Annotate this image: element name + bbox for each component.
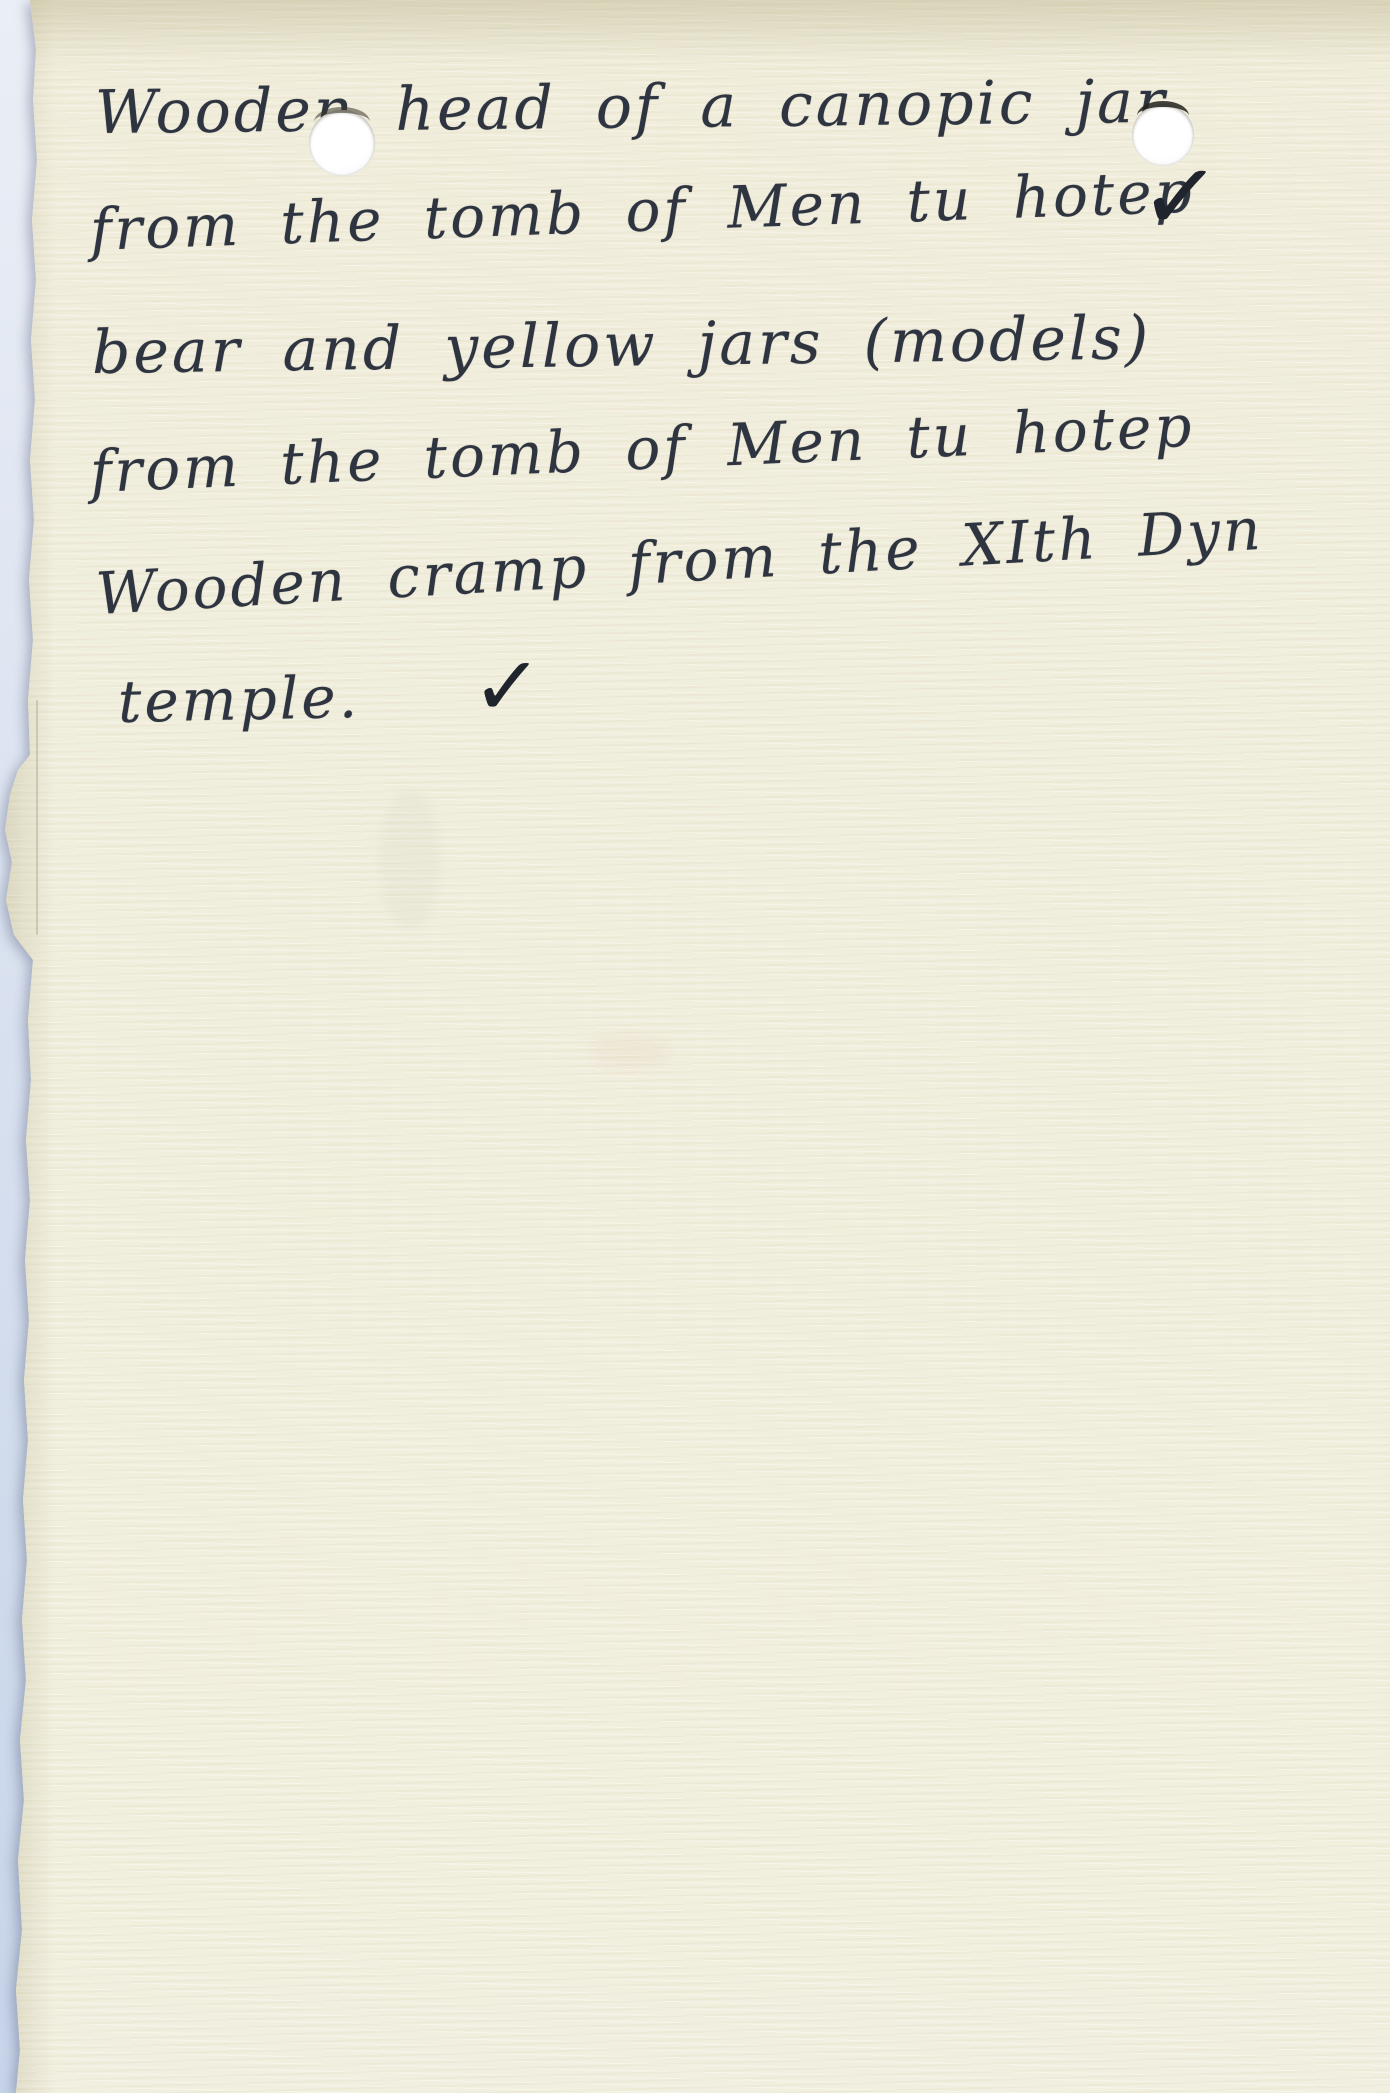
handwritten-line-6: temple.	[117, 663, 360, 736]
ink-smudge	[380, 790, 440, 930]
handwritten-line-3: bear and yellow jars (models)	[92, 303, 1152, 388]
check-mark-icon: ✓	[470, 636, 544, 736]
punch-hole-rim	[314, 107, 370, 137]
paper-sheet: Wooden head of a canopic jar from the to…	[0, 0, 1390, 2093]
punch-hole-left	[309, 110, 375, 176]
handwritten-line-4: from the tomb of Men tu hotep	[89, 392, 1196, 506]
punch-hole-rim	[1137, 101, 1189, 131]
handwritten-line-1: Wooden head of a canopic jar	[95, 67, 1168, 148]
handwritten-line-5: Wooden cramp from the XIth Dyn	[94, 495, 1265, 628]
paper-sheet-wrapper: Wooden head of a canopic jar from the to…	[0, 0, 1390, 2093]
ink-smudge	[590, 1035, 670, 1069]
scanner-background: Wooden head of a canopic jar from the to…	[0, 0, 1390, 2093]
punch-hole-right	[1132, 104, 1194, 166]
handwritten-line-2: from the tomb of Men tu hotep	[89, 157, 1196, 264]
paper-edge-tear	[36, 700, 38, 935]
